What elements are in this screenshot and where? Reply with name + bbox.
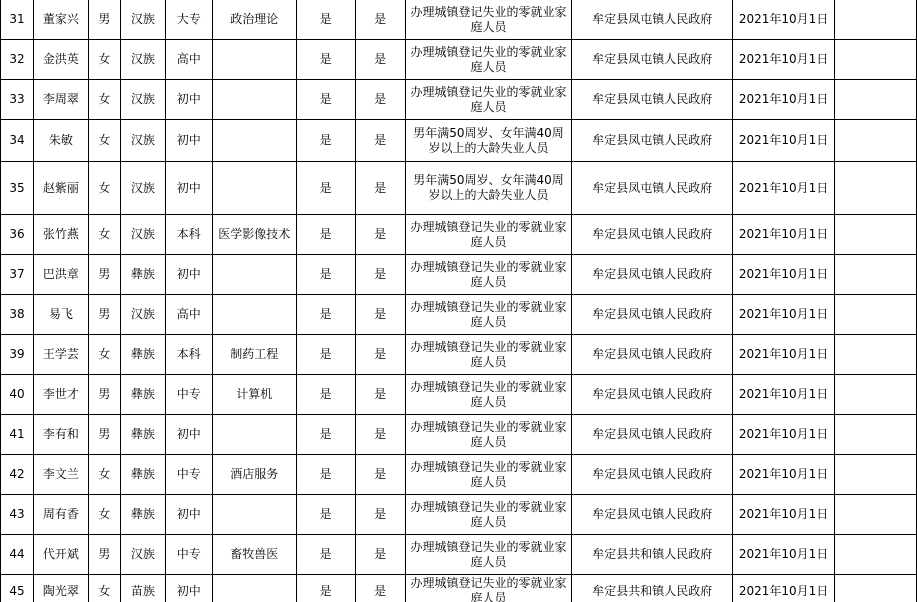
cell-education: 初中 [165, 80, 212, 120]
cell-major: 畜牧兽医 [212, 535, 296, 575]
cell-major [212, 162, 296, 215]
cell-note [835, 415, 917, 455]
cell-note [835, 0, 917, 40]
cell-education: 初中 [165, 495, 212, 535]
cell-category: 办理城镇登记失业的零就业家庭人员 [405, 255, 572, 295]
table-row: 33 李周翠 女 汉族 初中 是 是 办理城镇登记失业的零就业家庭人员 牟定县凤… [1, 80, 917, 120]
cell-flag-1: 是 [296, 495, 355, 535]
cell-ethnicity: 彝族 [120, 495, 165, 535]
cell-category: 办理城镇登记失业的零就业家庭人员 [405, 40, 572, 80]
cell-name: 易飞 [33, 295, 88, 335]
cell-date: 2021年10月1日 [733, 162, 835, 215]
cell-education: 初中 [165, 575, 212, 602]
cell-gender: 男 [88, 535, 120, 575]
cell-education: 初中 [165, 255, 212, 295]
cell-unit: 牟定县共和镇人民政府 [572, 535, 733, 575]
cell-category: 办理城镇登记失业的零就业家庭人员 [405, 0, 572, 40]
cell-flag-2: 是 [355, 40, 405, 80]
cell-unit: 牟定县凤屯镇人民政府 [572, 295, 733, 335]
cell-ethnicity: 汉族 [120, 120, 165, 162]
cell-category: 男年满50周岁、女年满40周岁以上的大龄失业人员 [405, 162, 572, 215]
cell-education: 中专 [165, 455, 212, 495]
cell-flag-1: 是 [296, 575, 355, 602]
cell-unit: 牟定县凤屯镇人民政府 [572, 162, 733, 215]
cell-gender: 女 [88, 120, 120, 162]
cell-flag-1: 是 [296, 40, 355, 80]
cell-flag-1: 是 [296, 375, 355, 415]
cell-education: 本科 [165, 335, 212, 375]
table-row: 32 金洪英 女 汉族 高中 是 是 办理城镇登记失业的零就业家庭人员 牟定县凤… [1, 40, 917, 80]
cell-name: 董家兴 [33, 0, 88, 40]
cell-major [212, 575, 296, 602]
cell-flag-2: 是 [355, 80, 405, 120]
table-row: 45 陶光翠 女 苗族 初中 是 是 办理城镇登记失业的零就业家庭人员 牟定县共… [1, 575, 917, 602]
cell-number: 40 [1, 375, 34, 415]
cell-unit: 牟定县凤屯镇人民政府 [572, 455, 733, 495]
cell-category: 办理城镇登记失业的零就业家庭人员 [405, 535, 572, 575]
table-row: 36 张竹燕 女 汉族 本科 医学影像技术 是 是 办理城镇登记失业的零就业家庭… [1, 215, 917, 255]
cell-flag-2: 是 [355, 120, 405, 162]
cell-number: 45 [1, 575, 34, 602]
cell-education: 中专 [165, 535, 212, 575]
table-row: 40 李世才 男 彝族 中专 计算机 是 是 办理城镇登记失业的零就业家庭人员 … [1, 375, 917, 415]
cell-unit: 牟定县凤屯镇人民政府 [572, 375, 733, 415]
cell-name: 周有香 [33, 495, 88, 535]
cell-major [212, 495, 296, 535]
cell-note [835, 455, 917, 495]
cell-ethnicity: 汉族 [120, 80, 165, 120]
cell-education: 高中 [165, 295, 212, 335]
cell-gender: 女 [88, 455, 120, 495]
cell-name: 李世才 [33, 375, 88, 415]
cell-flag-2: 是 [355, 375, 405, 415]
roster-table: 31 董家兴 男 汉族 大专 政治理论 是 是 办理城镇登记失业的零就业家庭人员… [0, 0, 917, 602]
cell-name: 陶光翠 [33, 575, 88, 602]
cell-category: 办理城镇登记失业的零就业家庭人员 [405, 575, 572, 602]
cell-ethnicity: 汉族 [120, 295, 165, 335]
cell-major [212, 120, 296, 162]
cell-date: 2021年10月1日 [733, 295, 835, 335]
table-row: 42 李文兰 女 彝族 中专 酒店服务 是 是 办理城镇登记失业的零就业家庭人员… [1, 455, 917, 495]
cell-gender: 女 [88, 215, 120, 255]
cell-number: 43 [1, 495, 34, 535]
cell-unit: 牟定县共和镇人民政府 [572, 575, 733, 602]
cell-number: 34 [1, 120, 34, 162]
cell-unit: 牟定县凤屯镇人民政府 [572, 335, 733, 375]
cell-category: 办理城镇登记失业的零就业家庭人员 [405, 495, 572, 535]
cell-major: 计算机 [212, 375, 296, 415]
cell-flag-2: 是 [355, 535, 405, 575]
cell-gender: 男 [88, 0, 120, 40]
cell-ethnicity: 彝族 [120, 375, 165, 415]
cell-flag-2: 是 [355, 295, 405, 335]
cell-unit: 牟定县凤屯镇人民政府 [572, 415, 733, 455]
cell-date: 2021年10月1日 [733, 575, 835, 602]
cell-flag-1: 是 [296, 535, 355, 575]
cell-date: 2021年10月1日 [733, 375, 835, 415]
cell-date: 2021年10月1日 [733, 535, 835, 575]
cell-number: 38 [1, 295, 34, 335]
cell-flag-2: 是 [355, 335, 405, 375]
cell-unit: 牟定县凤屯镇人民政府 [572, 40, 733, 80]
cell-flag-1: 是 [296, 215, 355, 255]
table-row: 39 王学芸 女 彝族 本科 制药工程 是 是 办理城镇登记失业的零就业家庭人员… [1, 335, 917, 375]
cell-major [212, 80, 296, 120]
cell-number: 32 [1, 40, 34, 80]
cell-gender: 女 [88, 495, 120, 535]
cell-major: 酒店服务 [212, 455, 296, 495]
cell-number: 39 [1, 335, 34, 375]
cell-major: 制药工程 [212, 335, 296, 375]
cell-number: 33 [1, 80, 34, 120]
cell-education: 初中 [165, 415, 212, 455]
cell-education: 大专 [165, 0, 212, 40]
cell-flag-2: 是 [355, 575, 405, 602]
cell-unit: 牟定县凤屯镇人民政府 [572, 80, 733, 120]
table-row: 35 赵紫丽 女 汉族 初中 是 是 男年满50周岁、女年满40周岁以上的大龄失… [1, 162, 917, 215]
cell-number: 37 [1, 255, 34, 295]
cell-major [212, 415, 296, 455]
cell-category: 办理城镇登记失业的零就业家庭人员 [405, 80, 572, 120]
cell-note [835, 495, 917, 535]
cell-number: 42 [1, 455, 34, 495]
cell-education: 中专 [165, 375, 212, 415]
cell-date: 2021年10月1日 [733, 335, 835, 375]
cell-education: 初中 [165, 120, 212, 162]
cell-gender: 男 [88, 415, 120, 455]
cell-education: 初中 [165, 162, 212, 215]
cell-note [835, 80, 917, 120]
cell-note [835, 162, 917, 215]
cell-category: 办理城镇登记失业的零就业家庭人员 [405, 215, 572, 255]
cell-category: 办理城镇登记失业的零就业家庭人员 [405, 335, 572, 375]
cell-flag-2: 是 [355, 495, 405, 535]
cell-flag-2: 是 [355, 415, 405, 455]
cell-education: 本科 [165, 215, 212, 255]
table-row: 38 易飞 男 汉族 高中 是 是 办理城镇登记失业的零就业家庭人员 牟定县凤屯… [1, 295, 917, 335]
cell-ethnicity: 彝族 [120, 455, 165, 495]
cell-ethnicity: 彝族 [120, 335, 165, 375]
cell-gender: 男 [88, 295, 120, 335]
cell-flag-1: 是 [296, 295, 355, 335]
cell-category: 办理城镇登记失业的零就业家庭人员 [405, 295, 572, 335]
table-row: 41 李有和 男 彝族 初中 是 是 办理城镇登记失业的零就业家庭人员 牟定县凤… [1, 415, 917, 455]
cell-ethnicity: 彝族 [120, 415, 165, 455]
cell-date: 2021年10月1日 [733, 120, 835, 162]
cell-name: 李文兰 [33, 455, 88, 495]
table-row: 31 董家兴 男 汉族 大专 政治理论 是 是 办理城镇登记失业的零就业家庭人员… [1, 0, 917, 40]
cell-flag-1: 是 [296, 162, 355, 215]
cell-flag-1: 是 [296, 335, 355, 375]
cell-date: 2021年10月1日 [733, 0, 835, 40]
cell-flag-1: 是 [296, 0, 355, 40]
cell-note [835, 575, 917, 602]
cell-date: 2021年10月1日 [733, 255, 835, 295]
cell-unit: 牟定县凤屯镇人民政府 [572, 0, 733, 40]
cell-unit: 牟定县凤屯镇人民政府 [572, 495, 733, 535]
cell-number: 41 [1, 415, 34, 455]
table-body: 31 董家兴 男 汉族 大专 政治理论 是 是 办理城镇登记失业的零就业家庭人员… [1, 0, 917, 602]
cell-flag-1: 是 [296, 415, 355, 455]
table-row: 34 朱敏 女 汉族 初中 是 是 男年满50周岁、女年满40周岁以上的大龄失业… [1, 120, 917, 162]
cell-gender: 女 [88, 40, 120, 80]
cell-ethnicity: 汉族 [120, 162, 165, 215]
cell-flag-2: 是 [355, 0, 405, 40]
cell-flag-1: 是 [296, 255, 355, 295]
cell-date: 2021年10月1日 [733, 80, 835, 120]
cell-flag-2: 是 [355, 255, 405, 295]
cell-flag-2: 是 [355, 455, 405, 495]
cell-note [835, 40, 917, 80]
cell-flag-2: 是 [355, 215, 405, 255]
cell-name: 赵紫丽 [33, 162, 88, 215]
cell-flag-1: 是 [296, 455, 355, 495]
cell-note [835, 120, 917, 162]
cell-ethnicity: 汉族 [120, 535, 165, 575]
cell-name: 李周翠 [33, 80, 88, 120]
cell-gender: 女 [88, 575, 120, 602]
cell-gender: 女 [88, 80, 120, 120]
cell-ethnicity: 汉族 [120, 0, 165, 40]
cell-category: 办理城镇登记失业的零就业家庭人员 [405, 455, 572, 495]
cell-number: 36 [1, 215, 34, 255]
cell-note [835, 535, 917, 575]
cell-number: 31 [1, 0, 34, 40]
cell-ethnicity: 苗族 [120, 575, 165, 602]
cell-category: 办理城镇登记失业的零就业家庭人员 [405, 375, 572, 415]
cell-name: 张竹燕 [33, 215, 88, 255]
cell-flag-1: 是 [296, 120, 355, 162]
cell-note [835, 255, 917, 295]
cell-gender: 女 [88, 162, 120, 215]
cell-note [835, 335, 917, 375]
cell-major [212, 295, 296, 335]
cell-major [212, 255, 296, 295]
cell-date: 2021年10月1日 [733, 40, 835, 80]
cell-major: 政治理论 [212, 0, 296, 40]
cell-name: 巴洪章 [33, 255, 88, 295]
cell-date: 2021年10月1日 [733, 215, 835, 255]
cell-number: 35 [1, 162, 34, 215]
cell-category: 办理城镇登记失业的零就业家庭人员 [405, 415, 572, 455]
cell-gender: 男 [88, 255, 120, 295]
cell-note [835, 295, 917, 335]
cell-name: 金洪英 [33, 40, 88, 80]
cell-ethnicity: 汉族 [120, 215, 165, 255]
cell-ethnicity: 汉族 [120, 40, 165, 80]
cell-name: 李有和 [33, 415, 88, 455]
cell-major: 医学影像技术 [212, 215, 296, 255]
cell-unit: 牟定县凤屯镇人民政府 [572, 120, 733, 162]
cell-unit: 牟定县凤屯镇人民政府 [572, 255, 733, 295]
cell-flag-2: 是 [355, 162, 405, 215]
cell-date: 2021年10月1日 [733, 455, 835, 495]
cell-flag-1: 是 [296, 80, 355, 120]
cell-number: 44 [1, 535, 34, 575]
cell-unit: 牟定县凤屯镇人民政府 [572, 215, 733, 255]
table-row: 44 代开斌 男 汉族 中专 畜牧兽医 是 是 办理城镇登记失业的零就业家庭人员… [1, 535, 917, 575]
cell-ethnicity: 彝族 [120, 255, 165, 295]
cell-date: 2021年10月1日 [733, 415, 835, 455]
cell-gender: 男 [88, 375, 120, 415]
table-row: 37 巴洪章 男 彝族 初中 是 是 办理城镇登记失业的零就业家庭人员 牟定县凤… [1, 255, 917, 295]
cell-name: 朱敏 [33, 120, 88, 162]
cell-note [835, 375, 917, 415]
table-row: 43 周有香 女 彝族 初中 是 是 办理城镇登记失业的零就业家庭人员 牟定县凤… [1, 495, 917, 535]
cell-education: 高中 [165, 40, 212, 80]
cell-name: 代开斌 [33, 535, 88, 575]
cell-category: 男年满50周岁、女年满40周岁以上的大龄失业人员 [405, 120, 572, 162]
cell-name: 王学芸 [33, 335, 88, 375]
cell-major [212, 40, 296, 80]
cell-note [835, 215, 917, 255]
cell-date: 2021年10月1日 [733, 495, 835, 535]
cell-gender: 女 [88, 335, 120, 375]
